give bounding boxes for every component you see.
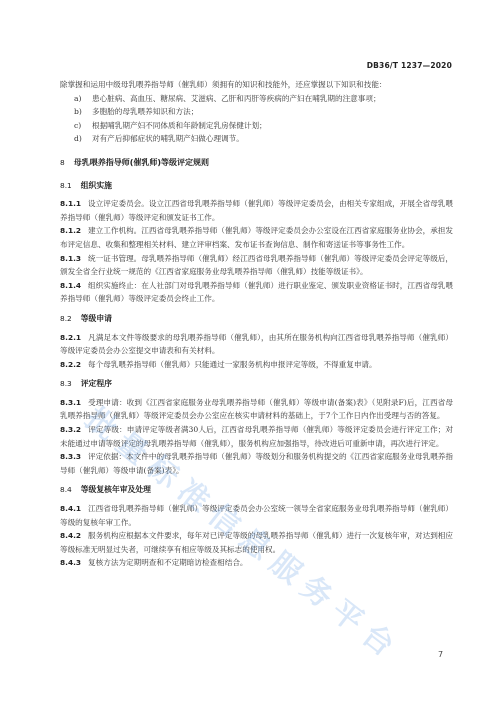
clause-number: 8.2.2 (60, 360, 81, 369)
clause-number: 8.1.4 (60, 281, 81, 290)
clause-text: 江西省母乳喂养指导师（催乳师）等级评定委员会办公室统一领导全省家庭服务业母乳喂养… (60, 504, 453, 527)
clause-text: 复核方法为定期明查和不定期暗访检查相结合。 (88, 558, 247, 567)
subsection-number: 8.3 (60, 379, 72, 388)
intro-paragraph: 除掌握和运用中级母乳喂养指导师（催乳师）须拥有的知识和技能外，还应掌握以下知识和… (60, 78, 453, 92)
clause-number: 8.4.1 (60, 504, 81, 513)
subsection-number: 8.4 (60, 485, 72, 494)
clause: 8.1.4组织实施终止：在人社部门对母乳喂养指导师（催乳师）进行职业鉴定、颁发职… (60, 279, 453, 306)
clause: 8.3.1受理申请：收到《江西省家庭服务业母乳喂养指导师（催乳师）等级申请(备案… (60, 396, 453, 423)
clause-text: 组织实施终止：在人社部门对母乳喂养指导师（催乳师）进行职业鉴定、颁发职业资格证书… (60, 281, 453, 304)
list-text: 患心脏病、高血压、糖尿病、艾滋病、乙肝和丙肝等疾病的产妇在哺乳期的注意事项； (92, 92, 453, 106)
clause-text: 设立评定委员会。设立江西省母乳喂养指导师（催乳师）等级评定委员会，由相关专家组成… (60, 199, 453, 222)
clause-number: 8.1.3 (60, 254, 81, 263)
subsection-heading: 8.3评定程序 (60, 377, 453, 391)
clause-number: 8.4.2 (60, 531, 81, 540)
list-item: d)对有产后抑郁症状的哺乳期产妇做心理调节。 (60, 132, 453, 146)
clause: 8.4.1江西省母乳喂养指导师（催乳师）等级评定委员会办公室统一领导全省家庭服务… (60, 502, 453, 529)
list-marker: c) (74, 119, 86, 133)
clause: 8.2.1凡满足本文件等级要求的母乳喂养指导师（催乳师），由其所在服务机构向江西… (60, 331, 453, 358)
subsection-number: 8.1 (60, 181, 72, 190)
clause-text: 评定等级：申请评定等级者满30人后，江西省母乳喂养指导师（催乳师）等级评定委员会… (60, 425, 453, 448)
clause: 8.1.2建立工作机构。江西省母乳喂养指导师（催乳师）等级评定委员会办公室设在江… (60, 224, 453, 251)
clause-text: 受理申请：收到《江西省家庭服务业母乳喂养指导师（催乳师）等级申请(备案)表》（见… (60, 398, 453, 421)
list-marker: a) (74, 92, 86, 106)
section-heading: 8母乳喂养指导师(催乳师)等级评定规则 (60, 156, 453, 170)
subsection-title: 等级复核年审及处理 (81, 485, 151, 494)
list-marker: d) (74, 132, 86, 146)
clause-number: 8.1.1 (60, 199, 81, 208)
subsection-heading: 8.2等级申请 (60, 312, 453, 326)
clause-text: 建立工作机构。江西省母乳喂养指导师（催乳师）等级评定委员会办公室设在江西省家庭服… (60, 226, 453, 249)
clause-text: 服务机构应根据本文件要求，每年对已评定等级的母乳喂养指导师（催乳师）进行一次复核… (60, 531, 453, 554)
list-marker: b) (74, 105, 86, 119)
clause-number: 8.3.2 (60, 425, 81, 434)
clause: 8.1.1设立评定委员会。设立江西省母乳喂养指导师（催乳师）等级评定委员会，由相… (60, 197, 453, 224)
list-item: b)多胞胎的母乳喂养知识和方法； (60, 105, 453, 119)
list-item: c)根据哺乳期产妇不同体质和年龄制定乳房保健计划； (60, 119, 453, 133)
subsection-heading: 8.4等级复核年审及处理 (60, 483, 453, 497)
document-body: 除掌握和运用中级母乳喂养指导师（催乳师）须拥有的知识和技能外，还应掌握以下知识和… (60, 78, 453, 570)
clause-text: 统一证书管理。母乳喂养指导师（催乳师）经江西省母乳喂养指导师（催乳师）等级评定委… (60, 254, 453, 277)
subsection-title: 组织实施 (81, 181, 112, 190)
section-title: 母乳喂养指导师(催乳师)等级评定规则 (74, 158, 209, 167)
section-number: 8 (60, 158, 65, 167)
clause-number: 8.4.3 (60, 558, 81, 567)
list-item: a)患心脏病、高血压、糖尿病、艾滋病、乙肝和丙肝等疾病的产妇在哺乳期的注意事项； (60, 92, 453, 106)
list-text: 多胞胎的母乳喂养知识和方法； (92, 105, 453, 119)
clause: 8.1.3统一证书管理。母乳喂养指导师（催乳师）经江西省母乳喂养指导师（催乳师）… (60, 252, 453, 279)
clause-text: 凡满足本文件等级要求的母乳喂养指导师（催乳师），由其所在服务机构向江西省母乳喂养… (60, 333, 453, 356)
subsection-heading: 8.1组织实施 (60, 179, 453, 193)
subsection-number: 8.2 (60, 314, 72, 323)
subsection-title: 等级申请 (81, 314, 112, 323)
clause: 8.4.3复核方法为定期明查和不定期暗访检查相结合。 (60, 556, 453, 570)
list-text: 对有产后抑郁症状的哺乳期产妇做心理调节。 (92, 132, 453, 146)
clause-number: 8.3.3 (60, 452, 81, 461)
clause: 8.3.2评定等级：申请评定等级者满30人后，江西省母乳喂养指导师（催乳师）等级… (60, 423, 453, 450)
clause-number: 8.3.1 (60, 398, 81, 407)
standard-code: DB36/T 1237—2020 (367, 61, 452, 70)
list-text: 根据哺乳期产妇不同体质和年龄制定乳房保健计划； (92, 119, 453, 133)
subsection-title: 评定程序 (81, 379, 112, 388)
page-number: 7 (438, 650, 443, 659)
document-page: DB36/T 1237—2020 除掌握和运用中级母乳喂养指导师（催乳师）须拥有… (0, 0, 500, 707)
clause-number: 8.2.1 (60, 333, 81, 342)
clause: 8.2.2每个母乳喂养指导师（催乳师）只能通过一家服务机构申报评定等级，不得重复… (60, 358, 453, 372)
clause: 8.4.2服务机构应根据本文件要求，每年对已评定等级的母乳喂养指导师（催乳师）进… (60, 529, 453, 556)
clause: 8.3.3评定依据：本文件中的母乳喂养指导师（催乳师）等级划分和服务机构提交的《… (60, 450, 453, 477)
clause-text: 每个母乳喂养指导师（催乳师）只能通过一家服务机构申报评定等级，不得重复申请。 (88, 360, 377, 369)
clause-text: 评定依据：本文件中的母乳喂养指导师（催乳师）等级划分和服务机构提交的《江西省家庭… (60, 452, 453, 475)
clause-number: 8.1.2 (60, 226, 81, 235)
